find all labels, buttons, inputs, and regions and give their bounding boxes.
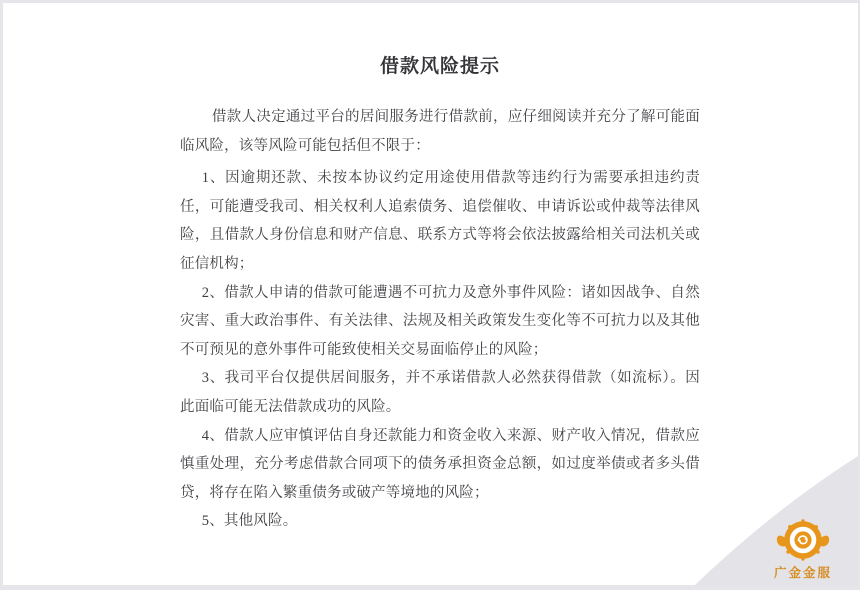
document-page: 借款风险提示 借款人决定通过平台的居间服务进行借款前，应仔细阅读并充分了解可能面…: [3, 3, 858, 585]
risk-item-1: 1、因逾期还款、未按本协议约定用途使用借款等违约行为需要承担违约责任，可能遭受我…: [180, 164, 700, 278]
brand-name: 广金金服: [766, 563, 840, 581]
document-content: 借款风险提示 借款人决定通过平台的居间服务进行借款前，应仔细阅读并充分了解可能面…: [180, 3, 700, 536]
risk-item-3: 3、我司平台仅提供居间服务，并不承诺借款人必然获得借款（如流标）。因此面临可能无…: [180, 364, 700, 421]
gold-dragon-medallion-icon: [775, 518, 831, 562]
intro-paragraph: 借款人决定通过平台的居间服务进行借款前，应仔细阅读并充分了解可能面临风险，该等风…: [180, 103, 700, 160]
risk-item-5: 5、其他风险。: [180, 507, 700, 536]
risk-item-4: 4、借款人应审慎评估自身还款能力和资金收入来源、财产收入情况，借款应慎重处理，充…: [180, 422, 700, 508]
page-title: 借款风险提示: [180, 53, 700, 80]
risk-item-2: 2、借款人申请的借款可能遭遇不可抗力及意外事件风险：诸如因战争、自然灾害、重大政…: [180, 279, 700, 365]
screenshot-frame: 借款风险提示 借款人决定通过平台的居间服务进行借款前，应仔细阅读并充分了解可能面…: [0, 0, 860, 590]
brand-logo: 广金金服: [766, 518, 840, 581]
